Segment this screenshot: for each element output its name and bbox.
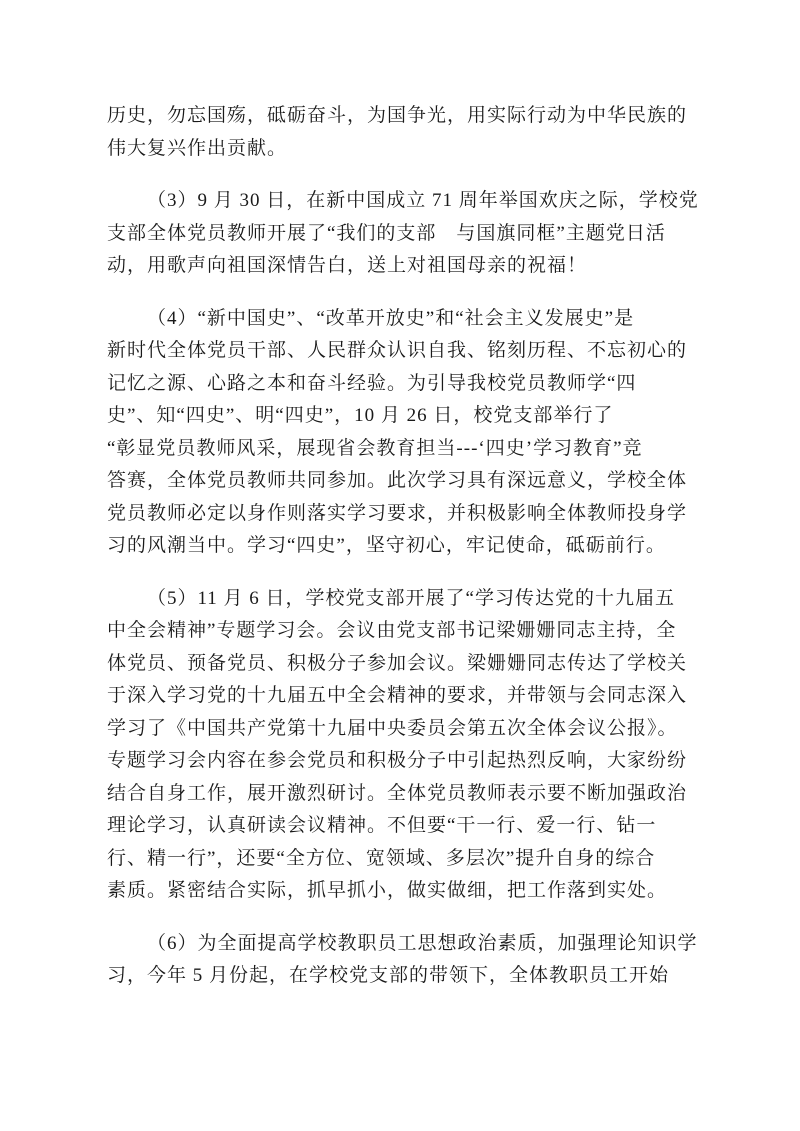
text-line: 习，今年 5 月份起，在学校党支部的带领下，全体教职员工开始 [107, 960, 690, 993]
text-line: 于深入学习党的十九届五中全会精神的要求，并带领与会同志深入 [107, 680, 690, 713]
text-line: 历史，勿忘国殇，砥砺奋斗，为国争光，用实际行动为中华民族的 [107, 100, 690, 133]
text-line: 史”、知“四史”、明“四史”，10 月 26 日，校党支部举行了 [107, 400, 690, 433]
text-line: 党员教师必定以身作则落实学习要求，并积极影响全体教师投身学 [107, 498, 690, 531]
text-line: 伟大复兴作出贡献。 [107, 133, 690, 166]
paragraph-item-6: （6）为全面提高学校教职员工思想政治素质，加强理论知识学习，今年 5 月份起，在… [107, 928, 690, 993]
text-line: （6）为全面提高学校教职员工思想政治素质，加强理论知识学 [107, 928, 690, 961]
paragraph-item-5: （5）11 月 6 日，学校党支部开展了“学习传达党的十九届五中全会精神”专题学… [107, 583, 690, 908]
paragraph-item-4: （4）“新中国史”、“改革开放史”和“社会主义发展史”是新时代全体党员干部、人民… [107, 303, 690, 563]
text-line: 习的风潮当中。学习“四史”，坚守初心，牢记使命，砥砺前行。 [107, 530, 690, 563]
text-line: 专题学习会内容在参会党员和积极分子中引起热烈反响，大家纷纷 [107, 745, 690, 778]
text-line: （5）11 月 6 日，学校党支部开展了“学习传达党的十九届五 [107, 583, 690, 616]
text-line: 新时代全体党员干部、人民群众认识自我、铭刻历程、不忘初心的 [107, 335, 690, 368]
text-line: 素质。紧密结合实际，抓早抓小，做实做细，把工作落到实处。 [107, 875, 690, 908]
text-line: 中全会精神”专题学习会。会议由党支部书记梁姗姗同志主持，全 [107, 615, 690, 648]
text-line: 理论学习，认真研读会议精神。不但要“干一行、爱一行、钻一 [107, 810, 690, 843]
text-line: 支部全体党员教师开展了“我们的支部 与国旗同框”主题党日活 [107, 218, 690, 251]
text-line: 学习了《中国共产党第十九届中央委员会第五次全体会议公报》。 [107, 713, 690, 746]
paragraph-item-3: （3）9 月 30 日，在新中国成立 71 周年举国欢庆之际，学校党支部全体党员… [107, 185, 690, 283]
paragraph-continuation: 历史，勿忘国殇，砥砺奋斗，为国争光，用实际行动为中华民族的伟大复兴作出贡献。 [107, 100, 690, 165]
document-page: 历史，勿忘国殇，砥砺奋斗，为国争光，用实际行动为中华民族的伟大复兴作出贡献。（3… [0, 0, 800, 1131]
document-body: 历史，勿忘国殇，砥砺奋斗，为国争光，用实际行动为中华民族的伟大复兴作出贡献。（3… [107, 100, 690, 993]
text-line: （3）9 月 30 日，在新中国成立 71 周年举国欢庆之际，学校党 [107, 185, 690, 218]
text-line: 行、精一行”，还要“全方位、宽领域、多层次”提升自身的综合 [107, 843, 690, 876]
text-line: “彰显党员教师风采，展现省会教育担当---‘四史’学习教育”竞 [107, 433, 690, 466]
text-line: 体党员、预备党员、积极分子参加会议。梁姗姗同志传达了学校关 [107, 648, 690, 681]
text-line: 记忆之源、心路之本和奋斗经验。为引导我校党员教师学“四 [107, 368, 690, 401]
text-line: 答赛，全体党员教师共同参加。此次学习具有深远意义，学校全体 [107, 465, 690, 498]
text-line: 结合自身工作，展开激烈研讨。全体党员教师表示要不断加强政治 [107, 778, 690, 811]
text-line: 动，用歌声向祖国深情告白，送上对祖国母亲的祝福！ [107, 250, 690, 283]
text-line: （4）“新中国史”、“改革开放史”和“社会主义发展史”是 [107, 303, 690, 336]
